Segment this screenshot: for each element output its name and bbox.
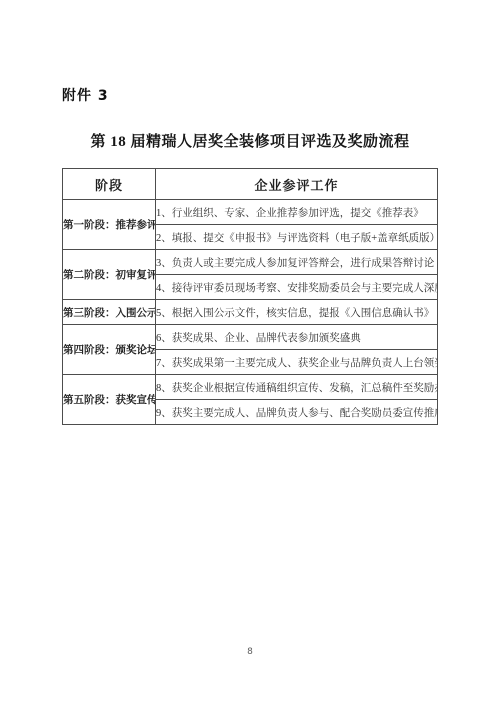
column-header-stage: 阶段 bbox=[63, 169, 156, 200]
work-item-cell: 5、根据入围公示文件，核实信息，提报《入围信息确认书》 bbox=[156, 300, 438, 325]
work-item-cell: 8、获奖企业根据宣传通稿组织宣传、发稿，汇总稿件至奖励办公室 bbox=[156, 375, 438, 400]
stage-cell: 第五阶段：获奖宣传 bbox=[63, 375, 156, 425]
work-item-cell: 4、接待评审委员现场考察、安排奖励委员会与主要完成人深度访谈 bbox=[156, 275, 438, 300]
table-header-row: 阶段 企业参评工作 bbox=[63, 169, 438, 200]
stage-cell: 第二阶段：初审复评 bbox=[63, 250, 156, 300]
work-item-cell: 1、行业组织、专家、企业推荐参加评选，提交《推荐表》 bbox=[156, 200, 438, 225]
document-page: 附件 3 第 18 届精瑞人居奖全装修项目评选及奖励流程 阶段 企业参评工作 第… bbox=[0, 0, 500, 707]
work-item-cell: 7、获奖成果第一主要完成人、获奖企业与品牌负责人上台领奖 bbox=[156, 350, 438, 375]
award-table-body: 第一阶段：推荐参评1、行业组织、专家、企业推荐参加评选，提交《推荐表》2、填报、… bbox=[63, 200, 438, 425]
column-header-work: 企业参评工作 bbox=[156, 169, 438, 200]
table-row: 第四阶段：颁奖论坛6、获奖成果、企业、品牌代表参加颁奖盛典 bbox=[63, 325, 438, 350]
table-row: 第五阶段：获奖宣传8、获奖企业根据宣传通稿组织宣传、发稿，汇总稿件至奖励办公室 bbox=[63, 375, 438, 400]
table-row: 第二阶段：初审复评3、负责人或主要完成人参加复评答辩会，进行成果答辩讨论 bbox=[63, 250, 438, 275]
stage-cell: 第一阶段：推荐参评 bbox=[63, 200, 156, 250]
work-item-cell: 9、获奖主要完成人、品牌负责人参与、配合奖励员委宣传推广工作 bbox=[156, 400, 438, 425]
table-row: 第三阶段：入围公示5、根据入围公示文件，核实信息，提报《入围信息确认书》 bbox=[63, 300, 438, 325]
attachment-label: 附件 3 bbox=[62, 85, 109, 105]
stage-cell: 第四阶段：颁奖论坛 bbox=[63, 325, 156, 375]
work-item-cell: 6、获奖成果、企业、品牌代表参加颁奖盛典 bbox=[156, 325, 438, 350]
page-title: 第 18 届精瑞人居奖全装修项目评选及奖励流程 bbox=[0, 130, 500, 151]
award-process-table: 阶段 企业参评工作 第一阶段：推荐参评1、行业组织、专家、企业推荐参加评选，提交… bbox=[62, 168, 438, 425]
table-row: 第一阶段：推荐参评1、行业组织、专家、企业推荐参加评选，提交《推荐表》 bbox=[63, 200, 438, 225]
page-number: 8 bbox=[0, 647, 500, 657]
work-item-cell: 2、填报、提交《申报书》与评选资料（电子版+盖章纸质版） bbox=[156, 225, 438, 250]
stage-cell: 第三阶段：入围公示 bbox=[63, 300, 156, 325]
work-item-cell: 3、负责人或主要完成人参加复评答辩会，进行成果答辩讨论 bbox=[156, 250, 438, 275]
